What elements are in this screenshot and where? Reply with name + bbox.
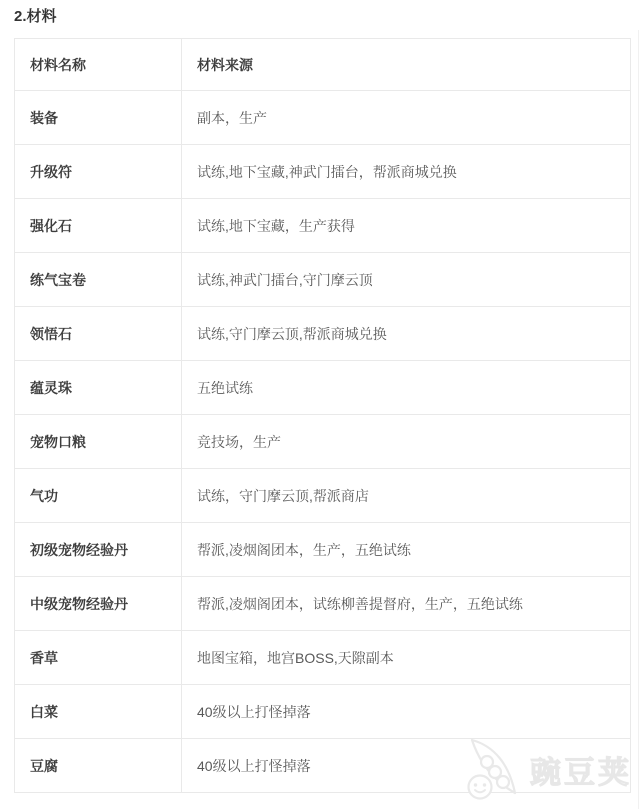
material-source-cell: 试练,神武门擂台,守门摩云顶 bbox=[182, 253, 631, 307]
material-source-cell: 试练,守门摩云顶,帮派商城兑换 bbox=[182, 307, 631, 361]
column-header-material-name: 材料名称 bbox=[15, 39, 182, 91]
material-source-cell: 40级以上打怪掉落 bbox=[182, 685, 631, 739]
page-title: 2.材料 bbox=[14, 8, 57, 26]
table-row: 初级宠物经验丹 帮派,凌烟阁团本，生产，五绝试练 bbox=[15, 523, 631, 577]
material-source-cell: 竞技场，生产 bbox=[182, 415, 631, 469]
material-source-cell: 地图宝箱，地宫BOSS,天隙副本 bbox=[182, 631, 631, 685]
material-name-cell: 中级宠物经验丹 bbox=[15, 577, 182, 631]
material-name-cell: 蕴灵珠 bbox=[15, 361, 182, 415]
materials-table: 材料名称 材料来源 装备 副本，生产 升级符 试练,地下宝藏,神武门擂台，帮派商… bbox=[14, 38, 631, 793]
table-row: 白菜 40级以上打怪掉落 bbox=[15, 685, 631, 739]
table-row: 领悟石 试练,守门摩云顶,帮派商城兑换 bbox=[15, 307, 631, 361]
material-name-cell: 气功 bbox=[15, 469, 182, 523]
material-source-cell: 试练，守门摩云顶,帮派商店 bbox=[182, 469, 631, 523]
material-name-cell: 香草 bbox=[15, 631, 182, 685]
material-name-cell: 领悟石 bbox=[15, 307, 182, 361]
material-name-cell: 强化石 bbox=[15, 199, 182, 253]
material-name-cell: 升级符 bbox=[15, 145, 182, 199]
table-header-row: 材料名称 材料来源 bbox=[15, 39, 631, 91]
content-right-border bbox=[638, 30, 639, 809]
material-name-cell: 装备 bbox=[15, 91, 182, 145]
table-row: 强化石 试练,地下宝藏，生产获得 bbox=[15, 199, 631, 253]
table-row: 装备 副本，生产 bbox=[15, 91, 631, 145]
table-row: 气功 试练，守门摩云顶,帮派商店 bbox=[15, 469, 631, 523]
material-source-cell: 试练,地下宝藏,神武门擂台，帮派商城兑换 bbox=[182, 145, 631, 199]
table-row: 中级宠物经验丹 帮派,凌烟阁团本，试练柳善提督府，生产，五绝试练 bbox=[15, 577, 631, 631]
table-row: 豆腐 40级以上打怪掉落 bbox=[15, 739, 631, 793]
table-row: 升级符 试练,地下宝藏,神武门擂台，帮派商城兑换 bbox=[15, 145, 631, 199]
material-name-cell: 初级宠物经验丹 bbox=[15, 523, 182, 577]
material-source-cell: 五绝试练 bbox=[182, 361, 631, 415]
material-source-cell: 40级以上打怪掉落 bbox=[182, 739, 631, 793]
table-row: 练气宝卷 试练,神武门擂台,守门摩云顶 bbox=[15, 253, 631, 307]
materials-table-body: 装备 副本，生产 升级符 试练,地下宝藏,神武门擂台，帮派商城兑换 强化石 试练… bbox=[15, 91, 631, 793]
material-source-cell: 试练,地下宝藏，生产获得 bbox=[182, 199, 631, 253]
material-name-cell: 宠物口粮 bbox=[15, 415, 182, 469]
material-source-cell: 帮派,凌烟阁团本，生产，五绝试练 bbox=[182, 523, 631, 577]
table-row: 蕴灵珠 五绝试练 bbox=[15, 361, 631, 415]
material-source-cell: 帮派,凌烟阁团本，试练柳善提督府，生产，五绝试练 bbox=[182, 577, 631, 631]
material-name-cell: 练气宝卷 bbox=[15, 253, 182, 307]
column-header-material-source: 材料来源 bbox=[182, 39, 631, 91]
table-row: 香草 地图宝箱，地宫BOSS,天隙副本 bbox=[15, 631, 631, 685]
material-name-cell: 白菜 bbox=[15, 685, 182, 739]
table-row: 宠物口粮 竞技场，生产 bbox=[15, 415, 631, 469]
material-name-cell: 豆腐 bbox=[15, 739, 182, 793]
material-source-cell: 副本，生产 bbox=[182, 91, 631, 145]
